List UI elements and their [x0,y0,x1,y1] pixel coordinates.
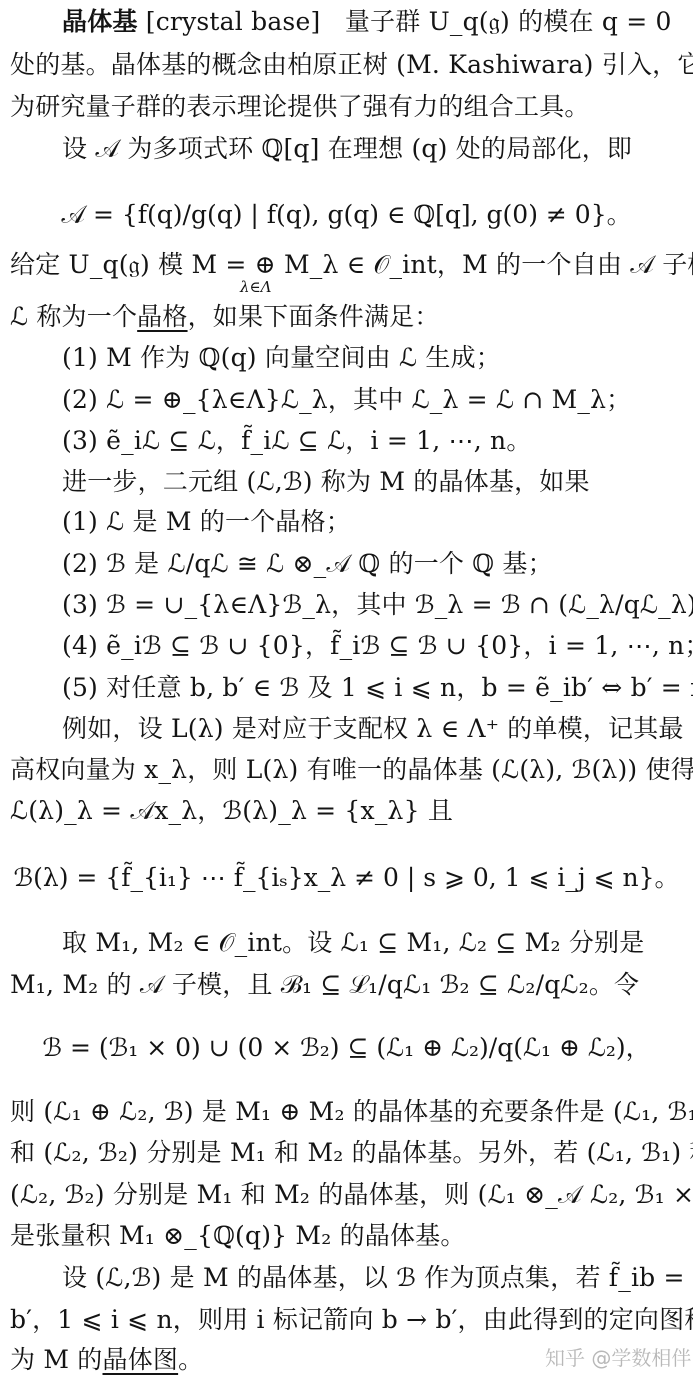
text-line: 取 M₁, M₂ ∈ 𝒪_int。设 ℒ₁ ⊆ M₁, ℒ₂ ⊆ M₂ 分别是 [62,927,685,959]
text-span: 为 M 的 [10,1345,103,1374]
condition-item: (3) ẽ_iℒ ⊆ ℒ，f̃_iℒ ⊆ ℒ，i = 1, ⋯, n。 [62,425,685,457]
condition-item: (2) ℒ = ⊕_{λ∈Λ}ℒ_λ，其中 ℒ_λ = ℒ ∩ M_λ； [62,384,685,416]
entry-term-english: [crystal base] [146,7,321,36]
condition-item: (4) ẽ_iℬ ⊆ ℬ ∪ {0}，f̃_iℬ ⊆ ℬ ∪ {0}，i = 1… [62,630,685,662]
text-line: 量子群 U_q(𝔤) 的模在 q = 0 [345,7,672,36]
condition-item: (1) M 作为 ℚ(q) 向量空间由 ℒ 生成； [62,342,685,374]
text-span: 。 [178,1345,203,1374]
text-line: 和 (ℒ₂, ℬ₂) 分别是 M₁ 和 M₂ 的晶体基。另外，若 (ℒ₁, ℬ₁… [10,1137,685,1169]
text-line: ℒ(λ)_λ = 𝒜x_λ，ℬ(λ)_λ = {x_λ} 且 [10,795,685,827]
watermark: 知乎 @学数相伴 [545,1342,691,1371]
text-line: (ℒ₂, ℬ₂) 分别是 M₁ 和 M₂ 的晶体基，则 (ℒ₁ ⊗_𝒜 ℒ₂, … [10,1179,685,1211]
equation-B-direct-sum: ℬ = (ℬ₁ × 0) ∪ (0 × ℬ₂) ⊆ (ℒ₁ ⊕ ℒ₂)/q(ℒ₁… [0,1032,693,1064]
term-crystal-graph: 晶体图 [103,1345,179,1374]
condition-item: (5) 对任意 b, b′ ∈ ℬ 及 1 ⩽ i ⩽ n，b = ẽ_ib′ … [62,672,685,704]
text-line: 高权向量为 x_λ，则 L(λ) 有唯一的晶体基 (ℒ(λ), ℬ(λ)) 使得 [10,754,685,786]
text-line: 处的基。晶体基的概念由柏原正树 (M. Kashiwara) 引入，它 [10,49,685,81]
entry-heading-line: 晶体基 [crystal base] 量子群 U_q(𝔤) 的模在 q = 0 [62,6,685,38]
sum-subscript: λ∈Λ [240,278,271,296]
equation-A-definition: 𝒜 = {f(q)/g(q) | f(q), g(q) ∈ ℚ[q], g(0)… [0,199,693,231]
condition-item: (2) ℬ 是 ℒ/qℒ ≅ ℒ ⊗_𝒜 ℚ 的一个 ℚ 基； [62,548,685,580]
text-line: ℒ 称为一个晶格，如果下面条件满足： [10,301,685,333]
entry-term: 晶体基 [62,7,138,36]
text-line: 为研究量子群的表示理论提供了强有力的组合工具。 [10,91,685,123]
condition-item: (3) ℬ = ∪_{λ∈Λ}ℬ_λ，其中 ℬ_λ = ℬ ∩ (ℒ_λ/qℒ_… [62,589,685,621]
text-line: 进一步，二元组 (ℒ,ℬ) 称为 M 的晶体基，如果 [62,466,685,498]
text-span: ℒ 称为一个 [10,302,137,331]
condition-item: (1) ℒ 是 M 的一个晶格； [62,506,685,538]
text-line: 是张量积 M₁ ⊗_{ℚ(q)} M₂ 的晶体基。 [10,1220,685,1252]
equation-B-lambda: ℬ(λ) = {f̃_{i₁} ⋯ f̃_{iₛ}x_λ ≠ 0 | s ⩾ 0… [0,862,693,894]
text-span: ，如果下面条件满足： [188,302,440,331]
term-lattice: 晶格 [137,302,187,331]
text-line: 设 𝒜 为多项式环 ℚ[q] 在理想 (q) 处的局部化，即 [62,133,685,165]
text-line: b′，1 ⩽ i ⩽ n，则用 i 标记箭向 b → b′，由此得到的定向图称 [10,1304,685,1336]
text-line: 设 (ℒ,ℬ) 是 M 的晶体基，以 ℬ 作为顶点集，若 f̃_ib = [62,1262,685,1294]
text-line: M₁, M₂ 的 𝒜 子模，且 ℬ₁ ⊆ ℒ₁/qℒ₁ ℬ₂ ⊆ ℒ₂/qℒ₂。… [10,969,685,1001]
text-line: 给定 U_q(𝔤) 模 M = ⊕ M_λ ∈ 𝒪_int，M 的一个自由 𝒜 … [10,249,685,281]
text-line: 例如，设 L(λ) 是对应于支配权 λ ∈ Λ⁺ 的单模，记其最 [62,713,685,745]
text-line: 则 (ℒ₁ ⊕ ℒ₂, ℬ) 是 M₁ ⊕ M₂ 的晶体基的充要条件是 (ℒ₁,… [10,1096,685,1128]
